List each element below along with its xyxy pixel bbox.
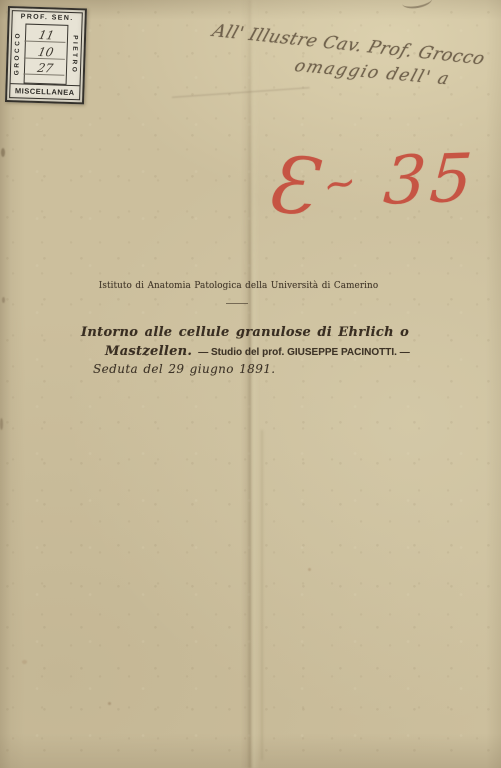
red-mark-tilde: ~ [319, 162, 359, 207]
foxing-spot [22, 660, 27, 664]
red-mark-letter: Ɛ [264, 148, 318, 225]
shelfmark-row-3: 27 [23, 58, 67, 76]
title-mastzellen: Mastzellen. [105, 344, 192, 359]
divider-rule [226, 303, 248, 304]
pamphlet-cover: PROF. SEN. GROCCO 11 10 27 PIETRO MISCEL… [0, 0, 501, 768]
title-line-2: Mastzellen. — Studio del prof. GIUSEPPE … [81, 344, 410, 359]
label-middle-band: GROCCO 11 10 27 PIETRO [11, 23, 82, 85]
label-collection-name: MISCELLANEA [10, 83, 79, 99]
title-line-1: Intorno alle cellule granulose di Ehrlic… [81, 325, 410, 340]
secondary-crease [261, 430, 263, 760]
foxing-spot [1, 148, 5, 157]
foxing-spot [308, 568, 311, 571]
red-mark-number: 35 [382, 145, 479, 214]
title-study-credit: — Studio del prof. GIUSEPPE PACINOTTI. — [198, 347, 410, 358]
foxing-spot [2, 297, 5, 303]
label-owner-surname: GROCCO [11, 23, 25, 83]
shelfmark-row-2: 10 [24, 41, 68, 59]
title-session-date: Seduta del 29 giugno 1891. [81, 362, 410, 376]
shelfmark-row-empty [24, 74, 67, 84]
foxing-spot [0, 418, 3, 430]
library-label: PROF. SEN. GROCCO 11 10 27 PIETRO MISCEL… [5, 6, 87, 104]
foxing-spot [108, 702, 111, 705]
stray-ink-stroke [401, 0, 433, 11]
institute-imprint-line: Istituto di Anatomia Patologica della Un… [0, 281, 489, 291]
red-inventory-mark: Ɛ ~ 35 [265, 143, 478, 224]
title-block: Intorno alle cellule granulose di Ehrlic… [81, 325, 410, 376]
library-label-frame: PROF. SEN. GROCCO 11 10 27 PIETRO MISCEL… [9, 10, 83, 100]
paper-grain-texture [0, 0, 501, 768]
label-owner-firstname: PIETRO [68, 25, 82, 85]
label-shelfmark-box: 11 10 27 [24, 24, 69, 85]
vertical-fold-crease [241, 0, 260, 768]
shelfmark-row-1: 11 [24, 25, 68, 43]
diagonal-crease [172, 87, 310, 106]
